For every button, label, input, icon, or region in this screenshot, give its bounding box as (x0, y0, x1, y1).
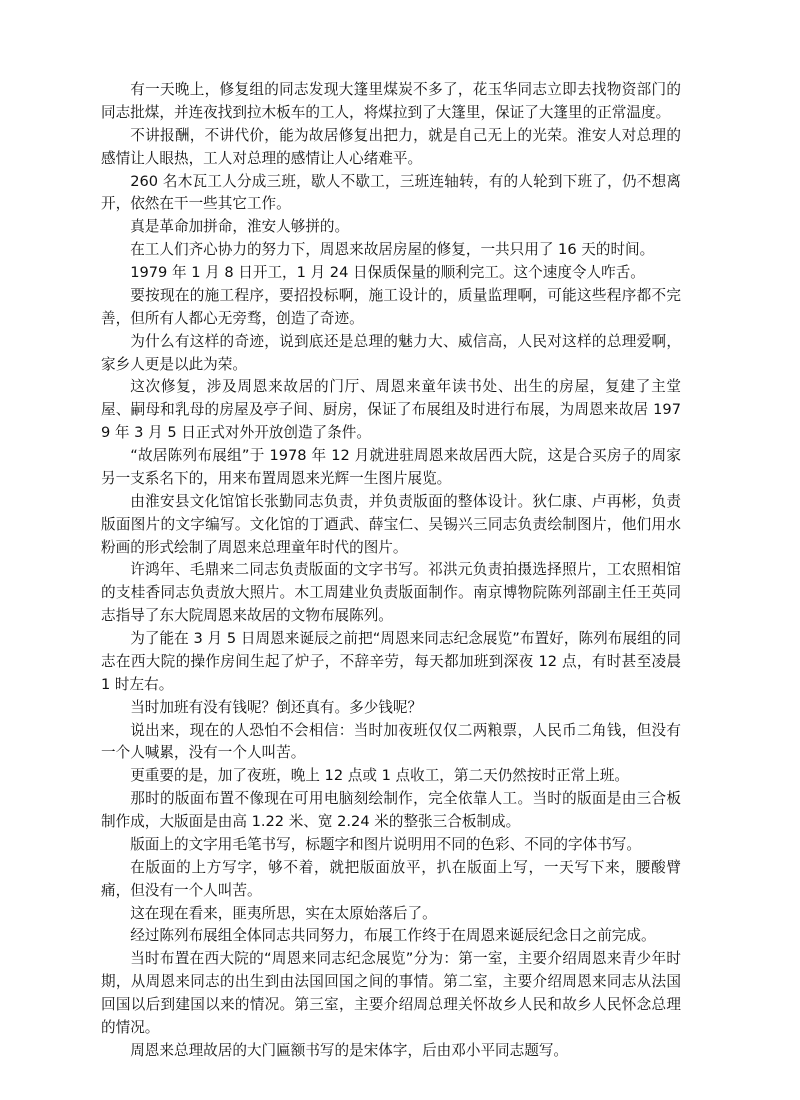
paragraph-4: 真是革命加拼命，淮安人够拼的。 (101, 216, 681, 239)
document-page: 有一天晚上，修复组的同志发现大篷里煤炭不多了，花玉华同志立即去找物资部门的同志批… (101, 79, 681, 1063)
paragraph-16: 更重要的是，加了夜班，晚上 12 点或 1 点收工，第二天仍然按时正常上班。 (101, 765, 681, 788)
paragraph-21: 经过陈列布展组全体同志共同努力，布展工作终于在周恩来诞辰纪念日之前完成。 (101, 925, 681, 948)
paragraph-13: 为了能在 3 月 5 日周恩来诞辰之前把“周恩来同志纪念展览”布置好，陈列布展组… (101, 628, 681, 697)
paragraph-8: 为什么有这样的奇迹，说到底还是总理的魅力大、威信高，人民对这样的总理爱啊，家乡人… (101, 331, 681, 377)
paragraph-14: 当时加班有没有钱呢？倒还真有。多少钱呢？ (101, 697, 681, 720)
paragraph-20: 这在现在看来，匪夷所思，实在太原始落后了。 (101, 903, 681, 926)
paragraph-18: 版面上的文字用毛笔书写，标题字和图片说明用不同的色彩、不同的字体书写。 (101, 834, 681, 857)
paragraph-22: 当时布置在西大院的“周恩来同志纪念展览”分为：第一室，主要介绍周恩来青少年时期，… (101, 948, 681, 1040)
paragraph-23: 周恩来总理故居的大门匾额书写的是宋体字，后由邓小平同志题写。 (101, 1040, 681, 1063)
paragraph-9: 这次修复，涉及周恩来故居的门厅、周恩来童年读书处、出生的房屋，复建了主堂屋、嗣母… (101, 376, 681, 445)
paragraph-7: 要按现在的施工程序，要招投标啊，施工设计的，质量监理啊，可能这些程序都不完善，但… (101, 285, 681, 331)
paragraph-15: 说出来，现在的人恐怕不会相信：当时加夜班仅仅二两粮票，人民币二角钱，但没有一个人… (101, 720, 681, 766)
paragraph-5: 在工人们齐心协力的努力下，周恩来故居房屋的修复，一共只用了 16 天的时间。 (101, 239, 681, 262)
paragraph-2: 不讲报酬，不讲代价，能为故居修复出把力，就是自己无上的光荣。淮安人对总理的感情让… (101, 125, 681, 171)
paragraph-3: 260 名木瓦工人分成三班，歇人不歇工，三班连轴转，有的人轮到下班了，仍不想离开… (101, 171, 681, 217)
paragraph-12: 许鸿年、毛鼎来二同志负责版面的文字书写。祁洪元负责拍摄选择照片，工农照相馆的支桂… (101, 559, 681, 628)
paragraph-1: 有一天晚上，修复组的同志发现大篷里煤炭不多了，花玉华同志立即去找物资部门的同志批… (101, 79, 681, 125)
paragraph-11: 由淮安县文化馆馆长张勤同志负责，并负责版面的整体设计。狄仁康、卢再彬，负责版面图… (101, 491, 681, 560)
paragraph-10: “故居陈列布展组”于 1978 年 12 月就进驻周恩来故居西大院，这是合买房子… (101, 445, 681, 491)
paragraph-6: 1979 年 1 月 8 日开工，1 月 24 日保质保量的顺利完工。这个速度令… (101, 262, 681, 285)
paragraph-19: 在版面的上方写字，够不着，就把版面放平，扒在版面上写，一天写下来，腰酸臂痛，但没… (101, 857, 681, 903)
paragraph-17: 那时的版面布置不像现在可用电脑刻绘制作，完全依靠人工。当时的版面是由三合板制作成… (101, 788, 681, 834)
